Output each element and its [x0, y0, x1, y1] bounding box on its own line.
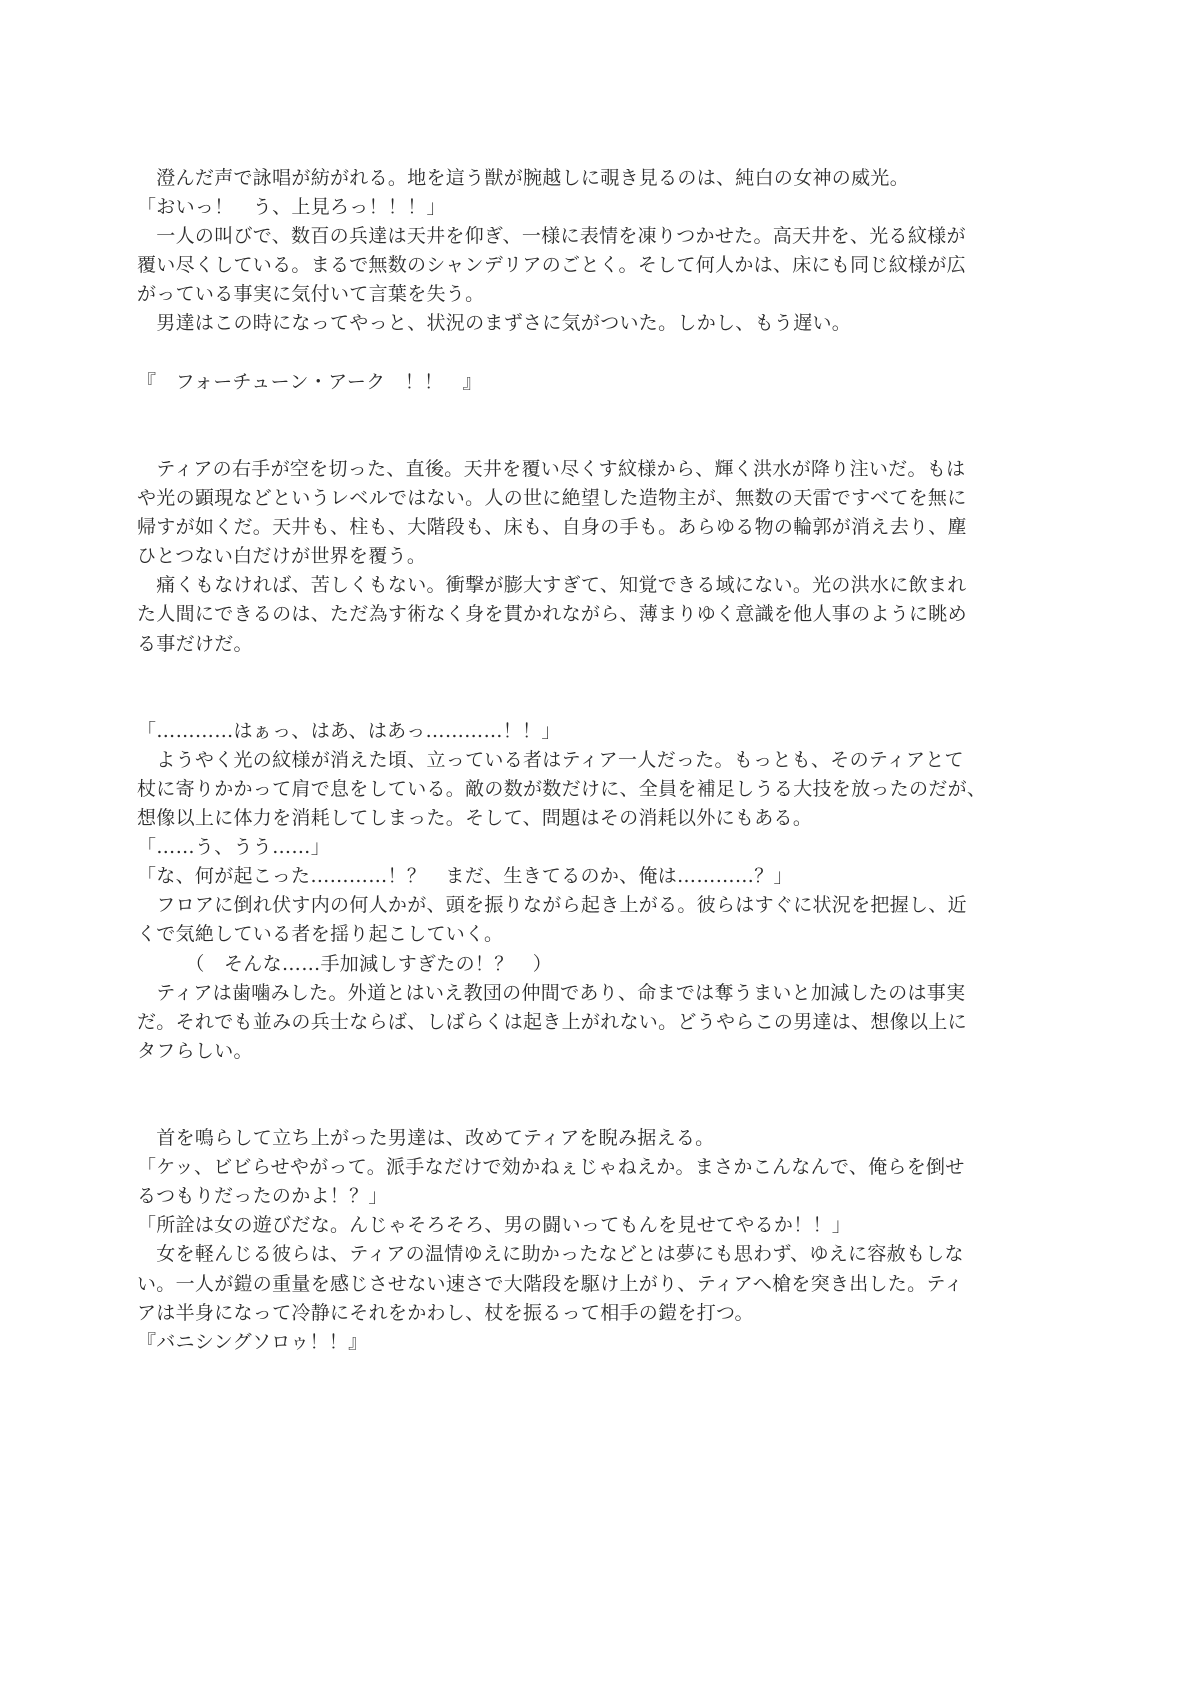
text-line: 「おいっ！ う、上見ろっ！！！」 — [137, 193, 1007, 222]
text-line: だ。それでも並みの兵士ならば、しばらくは起き上がれない。どうやらこの男達は、想像… — [137, 1008, 1007, 1037]
text-line: 「…………はぁっ、はあ、はあっ…………！！」 — [137, 717, 1007, 746]
text-line: アは半身になって冷静にそれをかわし、杖を振るって相手の鎧を打つ。 — [137, 1299, 1007, 1328]
text-line: フロアに倒れ伏す内の何人かが、頭を振りながら起き上がる。彼らはすぐに状況を把握し… — [137, 891, 1007, 920]
text-line: 男達はこの時になってやっと、状況のまずさに気がついた。しかし、もう遅い。 — [137, 309, 1007, 338]
text-line: 首を鳴らして立ち上がった男達は、改めてティアを睨み据える。 — [137, 1124, 1007, 1153]
text-line: 「所詮は女の遊びだな。んじゃそろそろ、男の闘いってもんを見せてやるか！！」 — [137, 1211, 1007, 1240]
text-line: くで気絶している者を揺り起こしていく。 — [137, 920, 1007, 949]
text-line: る事だけだ。 — [137, 630, 1007, 659]
blank-line — [137, 688, 1007, 717]
document-page: 澄んだ声で詠唱が紡がれる。地を這う獣が腕越しに覗き見るのは、純白の女神の威光。「… — [137, 164, 1007, 1357]
blank-line — [137, 339, 1007, 368]
text-line: 痛くもなければ、苦しくもない。衝撃が膨大すぎて、知覚できる域にない。光の洪水に飲… — [137, 571, 1007, 600]
text-line: 「ケッ、ビビらせやがって。派手なだけで効かねぇじゃねえか。まさかこんなんで、俺ら… — [137, 1153, 1007, 1182]
text-line: ようやく光の紋様が消えた頃、立っている者はティア一人だった。もっとも、そのティア… — [137, 746, 1007, 775]
text-line: がっている事実に気付いて言葉を失う。 — [137, 280, 1007, 309]
text-line: ティアは歯噛みした。外道とはいえ教団の仲間であり、命までは奪うまいと加減したのは… — [137, 979, 1007, 1008]
text-line: 澄んだ声で詠唱が紡がれる。地を這う獣が腕越しに覗き見るのは、純白の女神の威光。 — [137, 164, 1007, 193]
text-line: 『バニシングソロゥ！！』 — [137, 1328, 1007, 1357]
text-line: 一人の叫びで、数百の兵達は天井を仰ぎ、一様に表情を凍りつかせた。高天井を、光る紋… — [137, 222, 1007, 251]
text-line: 「な、何が起こった…………！？ まだ、生きてるのか、俺は…………？」 — [137, 862, 1007, 891]
text-line: や光の顕現などというレベルではない。人の世に絶望した造物主が、無数の天雷ですべて… — [137, 484, 1007, 513]
text-line: 「……う、うう……」 — [137, 833, 1007, 862]
text-line: タフらしい。 — [137, 1037, 1007, 1066]
text-line: るつもりだったのかよ！？」 — [137, 1182, 1007, 1211]
blank-line — [137, 1095, 1007, 1124]
blank-line — [137, 397, 1007, 426]
blank-line — [137, 1066, 1007, 1095]
text-line: い。一人が鎧の重量を感じさせない速さで大階段を駆け上がり、ティアへ槍を突き出した… — [137, 1270, 1007, 1299]
text-line: 女を軽んじる彼らは、ティアの温情ゆえに助かったなどとは夢にも思わず、ゆえに容赦も… — [137, 1240, 1007, 1269]
text-line: ひとつない白だけが世界を覆う。 — [137, 542, 1007, 571]
blank-line — [137, 659, 1007, 688]
text-line: 杖に寄りかかって肩で息をしている。敵の数が数だけに、全員を補足しうる大技を放った… — [137, 775, 1007, 804]
text-line: た人間にできるのは、ただ為す術なく身を貫かれながら、薄まりゆく意識を他人事のよう… — [137, 600, 1007, 629]
text-line: ティアの右手が空を切った、直後。天井を覆い尽くす紋様から、輝く洪水が降り注いだ。… — [137, 455, 1007, 484]
text-line: 覆い尽くしている。まるで無数のシャンデリアのごとく。そして何人かは、床にも同じ紋… — [137, 251, 1007, 280]
text-line: 『 フォーチューン・アーク ！！ 』 — [137, 368, 1007, 397]
text-line: （ そんな……手加減しすぎたの！？ ） — [137, 950, 1007, 979]
text-line: 帰すが如くだ。天井も、柱も、大階段も、床も、自身の手も。あらゆる物の輪郭が消え去… — [137, 513, 1007, 542]
blank-line — [137, 426, 1007, 455]
text-line: 想像以上に体力を消耗してしまった。そして、問題はその消耗以外にもある。 — [137, 804, 1007, 833]
